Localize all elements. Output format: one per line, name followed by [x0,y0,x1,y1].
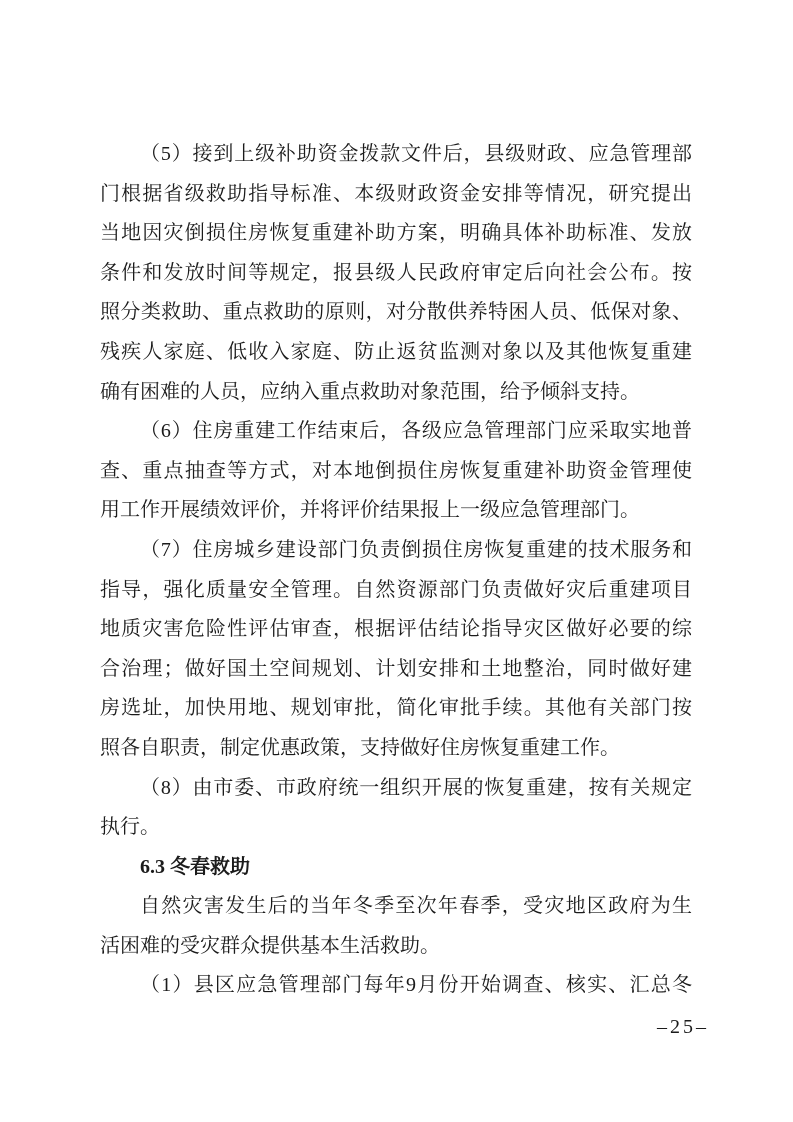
text-line: 自然灾害发生后的当年冬季至次年春季，受灾地区政府为生 [100,887,692,927]
text-line: 照各自职责，制定优惠政策，支持做好住房恢复重建工作。 [100,729,692,769]
text-line: 用工作开展绩效评价，并将评价结果报上一级应急管理部门。 [100,491,692,531]
text-block: （5）接到上级补助资金拨款文件后，县级财政、应急管理部 门根据省级救助指导标准、… [100,135,692,1006]
paragraph-8: （8）由市委、市政府统一组织开展的恢复重建，按有关规定 执行。 [100,769,692,848]
text-line: （8）由市委、市政府统一组织开展的恢复重建，按有关规定 [100,769,692,809]
text-line: 地质灾害危险性评估审查，根据评估结论指导灾区做好必要的综 [100,610,692,650]
text-line: （1）县区应急管理部门每年9月份开始调查、核实、汇总冬 [100,966,692,1006]
text-line: 合治理；做好国土空间规划、计划安排和土地整治，同时做好建 [100,650,692,690]
paragraph-5: （5）接到上级补助资金拨款文件后，县级财政、应急管理部 门根据省级救助指导标准、… [100,135,692,412]
text-line: （5）接到上级补助资金拨款文件后，县级财政、应急管理部 [100,135,692,175]
section-heading: 6.3 冬春救助 [100,848,692,888]
text-line: 查、重点抽查等方式，对本地倒损住房恢复重建补助资金管理使 [100,452,692,492]
text-line: （7）住房城乡建设部门负责倒损住房恢复重建的技术服务和 [100,531,692,571]
text-line: 门根据省级救助指导标准、本级财政资金安排等情况，研究提出 [100,175,692,215]
text-line: 房选址，加快用地、规划审批，简化审批手续。其他有关部门按 [100,689,692,729]
text-line: 照分类救助、重点救助的原则，对分散供养特困人员、低保对象、 [100,293,692,333]
text-line: （6）住房重建工作结束后，各级应急管理部门应采取实地普 [100,412,692,452]
paragraph-6: （6）住房重建工作结束后，各级应急管理部门应采取实地普 查、重点抽查等方式，对本… [100,412,692,531]
text-line: 执行。 [100,808,692,848]
text-line: 活困难的受灾群众提供基本生活救助。 [100,927,692,967]
paragraph-winter-spring-intro: 自然灾害发生后的当年冬季至次年春季，受灾地区政府为生 活困难的受灾群众提供基本生… [100,887,692,966]
paragraph-7: （7）住房城乡建设部门负责倒损住房恢复重建的技术服务和 指导，强化质量安全管理。… [100,531,692,769]
text-line: 残疾人家庭、低收入家庭、防止返贫监测对象以及其他恢复重建 [100,333,692,373]
section-6-3: 6.3 冬春救助 [100,848,692,888]
text-line: 当地因灾倒损住房恢复重建补助方案，明确具体补助标准、发放 [100,214,692,254]
text-line: 确有困难的人员，应纳入重点救助对象范围，给予倾斜支持。 [100,373,692,413]
text-line: 指导，强化质量安全管理。自然资源部门负责做好灾后重建项目 [100,571,692,611]
document-page: （5）接到上级补助资金拨款文件后，县级财政、应急管理部 门根据省级救助指导标准、… [0,0,793,1122]
text-line: 条件和发放时间等规定，报县级人民政府审定后向社会公布。按 [100,254,692,294]
paragraph-1: （1）县区应急管理部门每年9月份开始调查、核实、汇总冬 [100,966,692,1006]
page-number: –25– [657,1016,709,1039]
